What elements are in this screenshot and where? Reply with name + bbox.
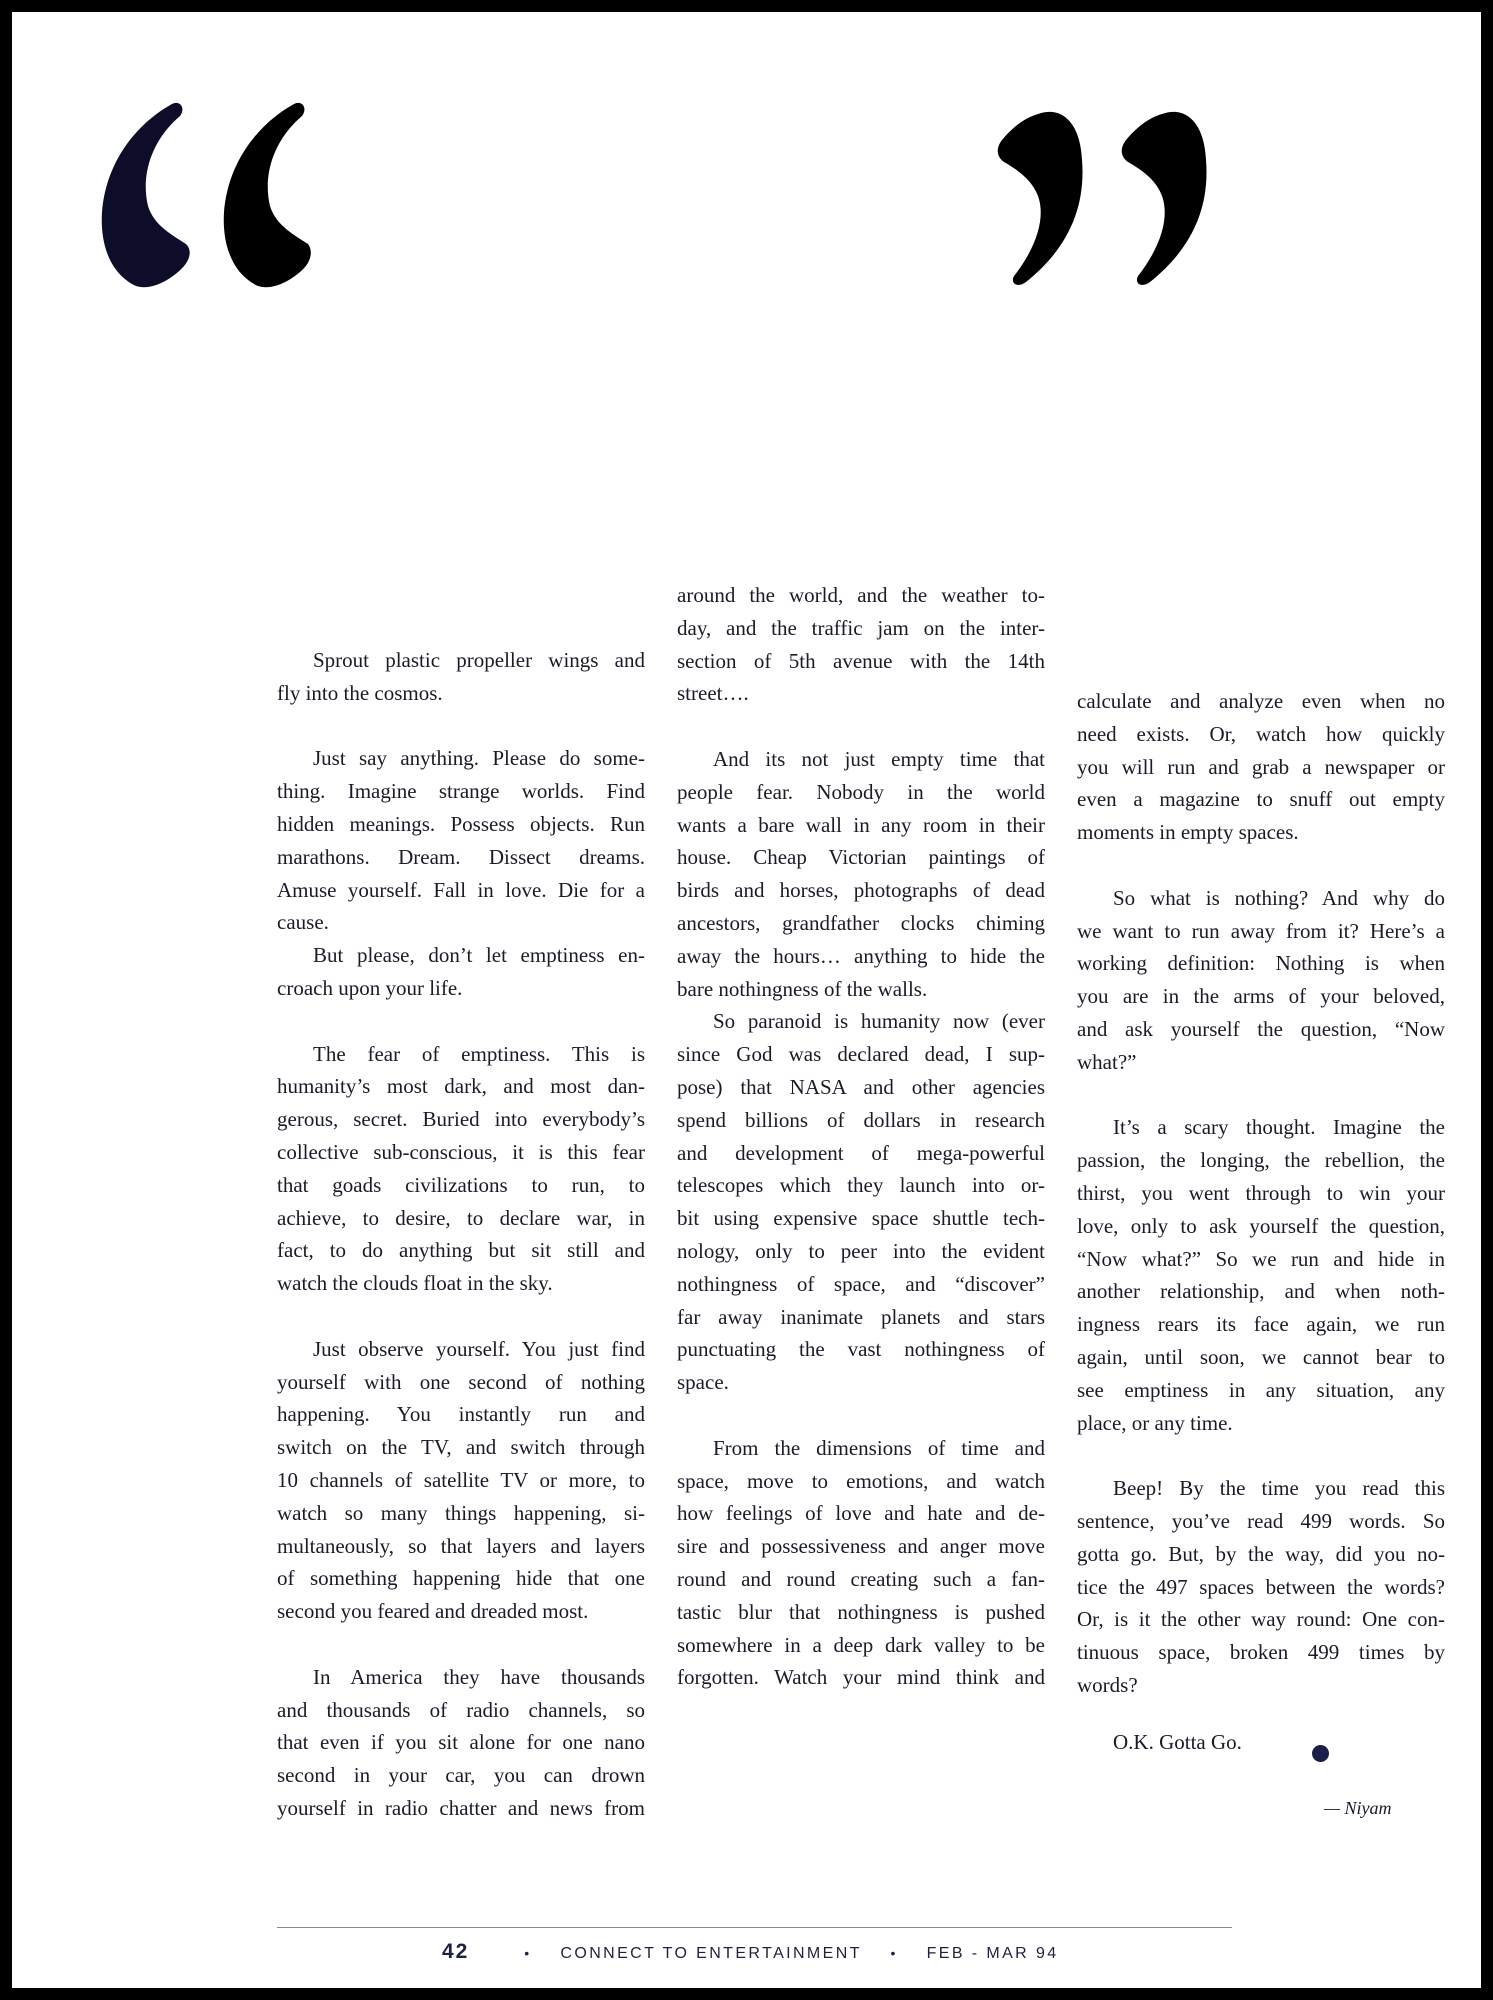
text-line: The fear of emptiness. This is <box>277 1038 645 1071</box>
text-line: tastic blur that nothingness is pushed <box>677 1596 1045 1629</box>
close-quote-mark-icon <box>990 100 1220 300</box>
text-line: multaneously, so that layers and layers <box>277 1530 645 1563</box>
text-line: switch on the TV, and switch through <box>277 1431 645 1464</box>
paragraph-gap <box>677 710 1045 743</box>
text-line: we want to run away from it? Here’s a <box>1077 915 1445 948</box>
text-line: bare nothingness of the walls. <box>677 973 1045 1006</box>
text-line: fly into the cosmos. <box>277 677 645 710</box>
text-line: And its not just empty time that <box>677 743 1045 776</box>
text-line: house. Cheap Victorian paintings of <box>677 841 1045 874</box>
text-line: “Now what?” So we run and hide in <box>1077 1243 1445 1276</box>
magazine-page: Sprout plastic propeller wings andfly in… <box>12 12 1481 1988</box>
paragraph-gap <box>277 710 645 743</box>
text-line: collective sub-conscious, it is this fea… <box>277 1136 645 1169</box>
text-line: Just observe yourself. You just find <box>277 1333 645 1366</box>
text-line: somewhere in a deep dark valley to be <box>677 1629 1045 1662</box>
text-line: tice the 497 spaces between the words? <box>1077 1571 1445 1604</box>
text-line: watch so many things happening, si- <box>277 1497 645 1530</box>
text-line: day, and the traffic jam on the inter- <box>677 612 1045 645</box>
text-line: It’s a scary thought. Imagine the <box>1077 1111 1445 1144</box>
text-line: place, or any time. <box>1077 1407 1445 1440</box>
text-line: thing. Imagine strange worlds. Find <box>277 775 645 808</box>
text-line: Just say anything. Please do some- <box>277 742 645 775</box>
text-line: street…. <box>677 677 1045 710</box>
text-line: second in your car, you can drown <box>277 1759 645 1792</box>
text-line: So paranoid is humanity now (ever <box>677 1005 1045 1038</box>
text-line: From the dimensions of time and <box>677 1432 1045 1465</box>
footer-separator: • <box>524 1945 531 1961</box>
text-line: section of 5th avenue with the 14th <box>677 645 1045 678</box>
text-line: another relationship, and when noth- <box>1077 1275 1445 1308</box>
text-line: ingness rears its face again, we run <box>1077 1308 1445 1341</box>
text-line: marathons. Dream. Dissect dreams. <box>277 841 645 874</box>
text-line: and ask yourself the question, “Now <box>1077 1013 1445 1046</box>
text-line: sentence, you’ve read 499 words. So <box>1077 1505 1445 1538</box>
paragraph-gap <box>1077 1079 1445 1112</box>
text-line: of something happening hide that one <box>277 1562 645 1595</box>
text-line: nothingness of space, and “discover” <box>677 1268 1045 1301</box>
text-line: see emptiness in any situation, any <box>1077 1374 1445 1407</box>
signoff-text: O.K. Gotta Go. <box>1113 1730 1242 1755</box>
paragraph-gap <box>277 1628 645 1661</box>
article-column-3: calculate and analyze even when noneed e… <box>1077 685 1445 1702</box>
issue-date: FEB - MAR 94 <box>927 1945 1059 1962</box>
text-line: you will run and grab a newspaper or <box>1077 751 1445 784</box>
text-line: happening. You instantly run and <box>277 1398 645 1431</box>
paragraph-gap <box>1077 849 1445 882</box>
text-line: need exists. Or, watch how quickly <box>1077 718 1445 751</box>
text-line: ancestors, grandfather clocks chiming <box>677 907 1045 940</box>
text-line: achieve, to desire, to declare war, in <box>277 1202 645 1235</box>
footer-separator: • <box>890 1945 897 1961</box>
text-line: space, move to emotions, and watch <box>677 1465 1045 1498</box>
text-line: you are in the arms of your beloved, <box>1077 980 1445 1013</box>
text-line: 10 channels of satellite TV or more, to <box>277 1464 645 1497</box>
text-line: bit using expensive space shuttle tech- <box>677 1202 1045 1235</box>
text-line: sire and possessiveness and anger move <box>677 1530 1045 1563</box>
text-line: gotta go. But, by the way, did you no- <box>1077 1538 1445 1571</box>
text-line: that goads civilizations to run, to <box>277 1169 645 1202</box>
text-line: So what is nothing? And why do <box>1077 882 1445 915</box>
text-line: gerous, secret. Buried into everybody’s <box>277 1103 645 1136</box>
text-line: away the hours… anything to hide the <box>677 940 1045 973</box>
text-line: spend billions of dollars in research <box>677 1104 1045 1137</box>
text-line: nology, only to peer into the evident <box>677 1235 1045 1268</box>
text-line: fact, to do anything but sit still and <box>277 1234 645 1267</box>
text-line: yourself in radio chatter and news from <box>277 1792 645 1825</box>
text-line: croach upon your life. <box>277 972 645 1005</box>
text-line: thirst, you went through to win your <box>1077 1177 1445 1210</box>
text-line: watch the clouds float in the sky. <box>277 1267 645 1300</box>
text-line: again, until soon, we cannot bear to <box>1077 1341 1445 1374</box>
paragraph-gap <box>277 1005 645 1038</box>
open-quote-mark-icon <box>84 94 314 294</box>
text-line: round and round creating such a fan- <box>677 1563 1045 1596</box>
text-line: passion, the longing, the rebellion, the <box>1077 1144 1445 1177</box>
author-byline: — Niyam <box>1324 1798 1392 1819</box>
text-line: calculate and analyze even when no <box>1077 685 1445 718</box>
text-line: pose) that NASA and other agencies <box>677 1071 1045 1104</box>
text-line: Sprout plastic propeller wings and <box>277 644 645 677</box>
text-line: how feelings of love and hate and de- <box>677 1497 1045 1530</box>
text-line: forgotten. Watch your mind think and <box>677 1661 1045 1694</box>
text-line: words? <box>1077 1669 1445 1702</box>
page-number: 42 <box>442 1940 469 1963</box>
text-line: wants a bare wall in any room in their <box>677 809 1045 842</box>
text-line: yourself with one second of nothing <box>277 1366 645 1399</box>
text-line: birds and horses, photographs of dead <box>677 874 1045 907</box>
footer-divider <box>277 1927 1232 1928</box>
text-line: working definition: Nothing is when <box>1077 947 1445 980</box>
text-line: Or, is it the other way round: One con- <box>1077 1603 1445 1636</box>
publication-name: CONNECT TO ENTERTAINMENT <box>560 1945 861 1962</box>
text-line: that even if you sit alone for one nano <box>277 1726 645 1759</box>
text-line: Amuse yourself. Fall in love. Die for a <box>277 874 645 907</box>
text-line: people fear. Nobody in the world <box>677 776 1045 809</box>
text-line: what?” <box>1077 1046 1445 1079</box>
text-line: In America they have thousands <box>277 1661 645 1694</box>
text-line: telescopes which they launch into or- <box>677 1169 1045 1202</box>
paragraph-gap <box>1077 1439 1445 1472</box>
text-line: hidden meanings. Possess objects. Run <box>277 808 645 841</box>
text-line: Beep! By the time you read this <box>1077 1472 1445 1505</box>
article-column-1: Sprout plastic propeller wings andfly in… <box>277 644 645 1825</box>
paragraph-gap <box>677 1399 1045 1432</box>
text-line: tinuous space, broken 499 times by <box>1077 1636 1445 1669</box>
text-line: cause. <box>277 906 645 939</box>
text-line: humanity’s most dark, and most dan- <box>277 1070 645 1103</box>
text-line: even a magazine to snuff out empty <box>1077 783 1445 816</box>
text-line: love, only to ask yourself the question, <box>1077 1210 1445 1243</box>
end-of-article-bullet-icon <box>1312 1745 1329 1762</box>
text-line: and thousands of radio channels, so <box>277 1694 645 1727</box>
text-line: moments in empty spaces. <box>1077 816 1445 849</box>
text-line: and development of mega-powerful <box>677 1137 1045 1170</box>
article-column-2: around the world, and the weather to-day… <box>677 579 1045 1694</box>
text-line: far away inanimate planets and stars <box>677 1301 1045 1334</box>
page-footer: 42 • CONNECT TO ENTERTAINMENT • FEB - MA… <box>442 1940 1059 1964</box>
text-line: punctuating the vast nothingness of <box>677 1333 1045 1366</box>
paragraph-gap <box>277 1300 645 1333</box>
text-line: since God was declared dead, I sup- <box>677 1038 1045 1071</box>
text-line: space. <box>677 1366 1045 1399</box>
text-line: But please, don’t let emptiness en- <box>277 939 645 972</box>
text-line: around the world, and the weather to- <box>677 579 1045 612</box>
text-line: second you feared and dreaded most. <box>277 1595 645 1628</box>
